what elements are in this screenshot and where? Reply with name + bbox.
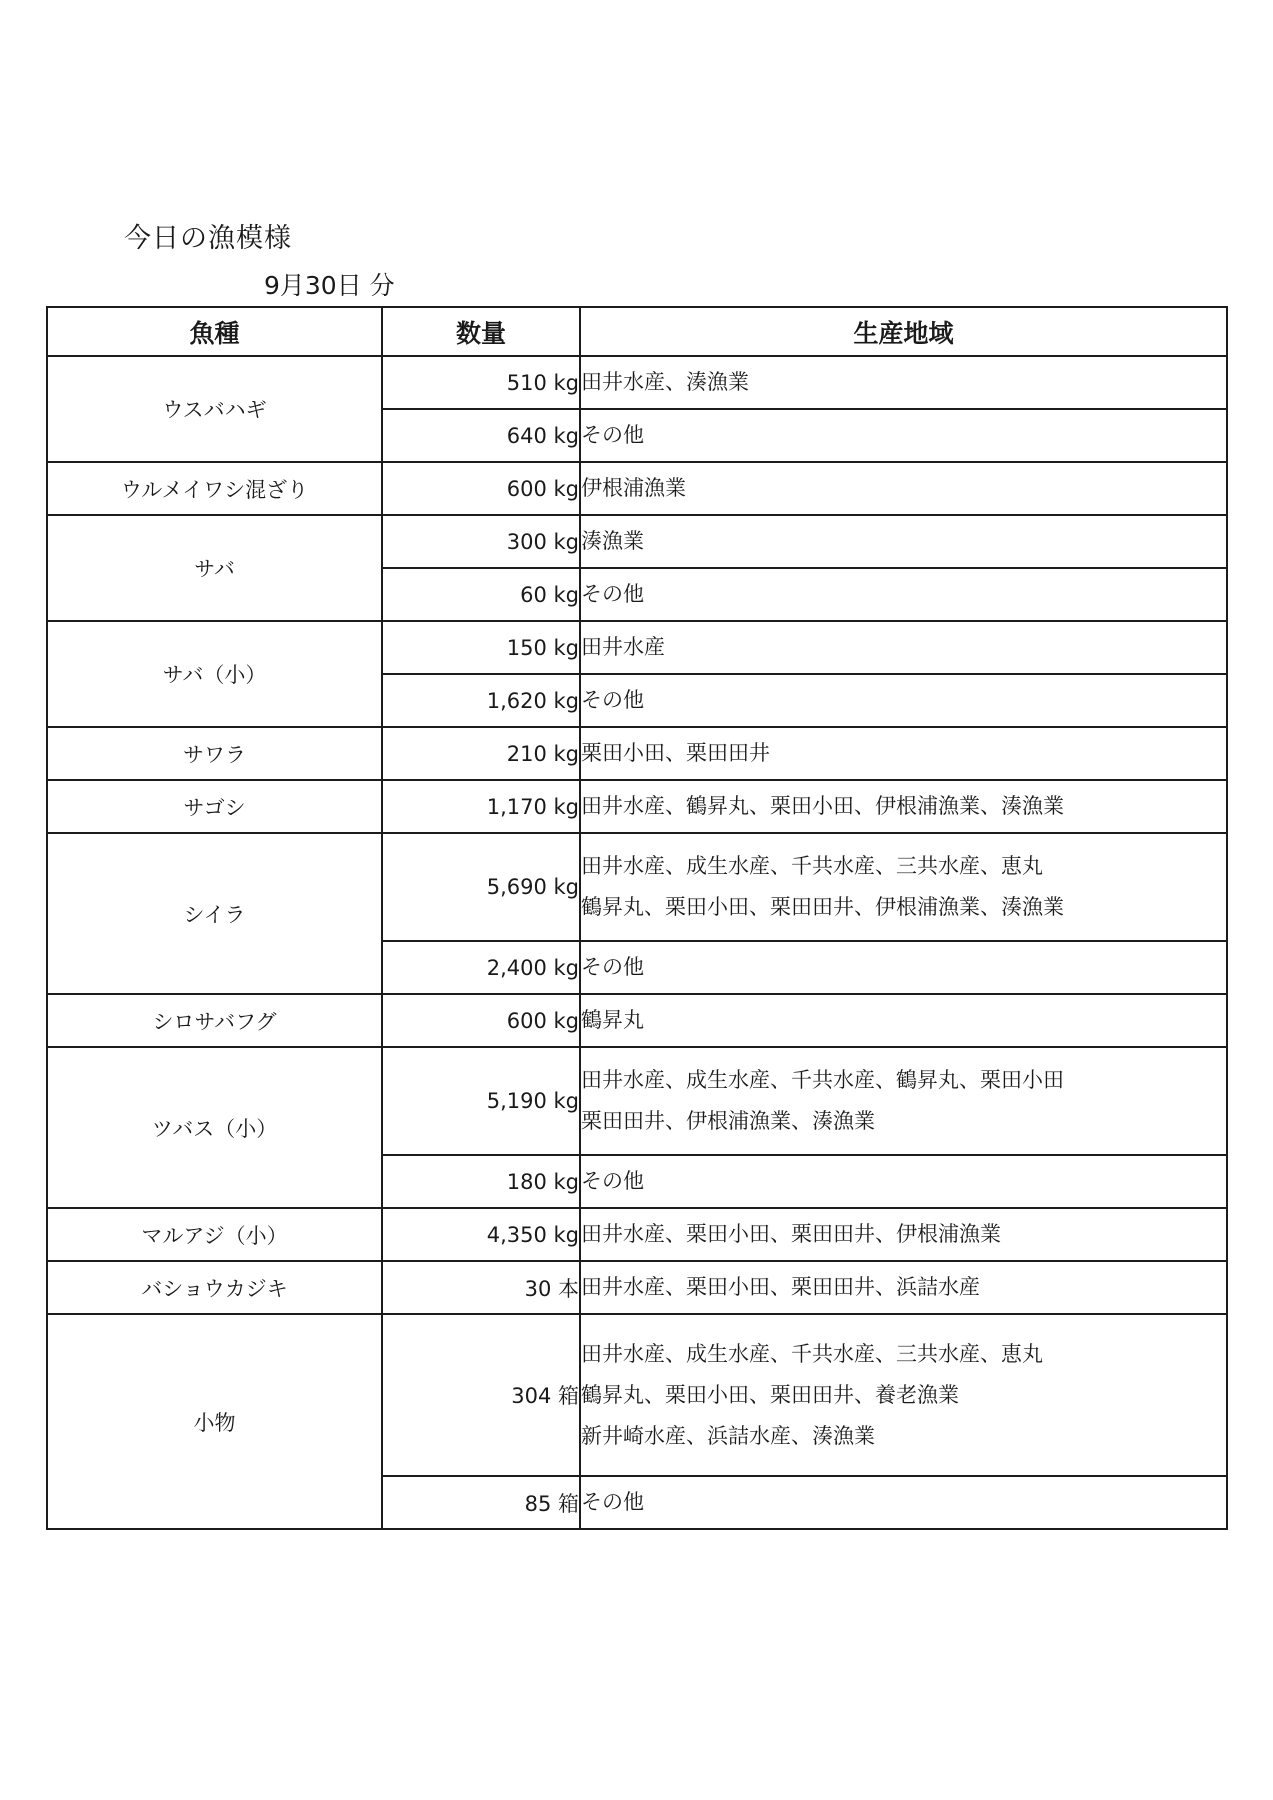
quantity-cell: 1,620 kg <box>382 674 580 727</box>
catch-table: 魚種 数量 生産地域 ウスバハギ510 kg田井水産、湊漁業640 kgその他ウ… <box>46 306 1228 1530</box>
origin-line: 田井水産、鶴昇丸、栗田小田、伊根浦漁業、湊漁業 <box>581 786 1226 827</box>
origin-cell: 田井水産 <box>580 621 1227 674</box>
species-cell: シイラ <box>47 833 382 994</box>
origin-line: 鶴昇丸、栗田小田、栗田田井、伊根浦漁業、湊漁業 <box>581 887 1226 928</box>
origin-line: 田井水産、湊漁業 <box>581 362 1226 403</box>
origin-line: 田井水産、成生水産、千共水産、三共水産、恵丸 <box>581 846 1226 887</box>
table-row: マルアジ（小）4,350 kg田井水産、栗田小田、栗田田井、伊根浦漁業 <box>47 1208 1227 1261</box>
table-row: サゴシ1,170 kg田井水産、鶴昇丸、栗田小田、伊根浦漁業、湊漁業 <box>47 780 1227 833</box>
origin-line: 湊漁業 <box>581 521 1226 562</box>
origin-cell: 田井水産、湊漁業 <box>580 356 1227 409</box>
header-origin: 生産地域 <box>580 307 1227 356</box>
origin-cell: 湊漁業 <box>580 515 1227 568</box>
quantity-cell: 1,170 kg <box>382 780 580 833</box>
quantity-cell: 2,400 kg <box>382 941 580 994</box>
quantity-cell: 5,190 kg <box>382 1047 580 1155</box>
origin-cell: 田井水産、栗田小田、栗田田井、伊根浦漁業 <box>580 1208 1227 1261</box>
origin-line: その他 <box>581 947 1226 988</box>
quantity-cell: 5,690 kg <box>382 833 580 941</box>
table-row: ウスバハギ510 kg田井水産、湊漁業 <box>47 356 1227 409</box>
origin-cell: その他 <box>580 1476 1227 1529</box>
species-cell: ウスバハギ <box>47 356 382 462</box>
table-row: ウルメイワシ混ざり600 kg伊根浦漁業 <box>47 462 1227 515</box>
species-cell: マルアジ（小） <box>47 1208 382 1261</box>
origin-line: その他 <box>581 680 1226 721</box>
table-row: サバ300 kg湊漁業 <box>47 515 1227 568</box>
species-cell: バショウカジキ <box>47 1261 382 1314</box>
origin-cell: 田井水産、成生水産、千共水産、三共水産、恵丸鶴昇丸、栗田小田、栗田田井、伊根浦漁… <box>580 833 1227 941</box>
quantity-cell: 85 箱 <box>382 1476 580 1529</box>
page-title: 今日の漁模様 <box>124 216 292 255</box>
origin-cell: その他 <box>580 941 1227 994</box>
species-cell: サゴシ <box>47 780 382 833</box>
table-row: サバ（小）150 kg田井水産 <box>47 621 1227 674</box>
quantity-cell: 600 kg <box>382 994 580 1047</box>
species-cell: ツバス（小） <box>47 1047 382 1208</box>
origin-line: その他 <box>581 1161 1226 1202</box>
table-row: シロサバフグ600 kg鶴昇丸 <box>47 994 1227 1047</box>
table-row: バショウカジキ30 本田井水産、栗田小田、栗田田井、浜詰水産 <box>47 1261 1227 1314</box>
origin-line: 鶴昇丸、栗田小田、栗田田井、養老漁業 <box>581 1375 1226 1416</box>
quantity-cell: 510 kg <box>382 356 580 409</box>
header-species: 魚種 <box>47 307 382 356</box>
table-header-row: 魚種 数量 生産地域 <box>47 307 1227 356</box>
origin-line: 田井水産、成生水産、千共水産、鶴昇丸、栗田小田 <box>581 1060 1226 1101</box>
origin-line: 田井水産、栗田小田、栗田田井、伊根浦漁業 <box>581 1214 1226 1255</box>
origin-cell: 田井水産、栗田小田、栗田田井、浜詰水産 <box>580 1261 1227 1314</box>
table-row: シイラ5,690 kg田井水産、成生水産、千共水産、三共水産、恵丸鶴昇丸、栗田小… <box>47 833 1227 941</box>
origin-cell: 伊根浦漁業 <box>580 462 1227 515</box>
quantity-cell: 300 kg <box>382 515 580 568</box>
species-cell: サワラ <box>47 727 382 780</box>
species-cell: シロサバフグ <box>47 994 382 1047</box>
species-cell: サバ（小） <box>47 621 382 727</box>
table-row: 小物304 箱田井水産、成生水産、千共水産、三共水産、恵丸鶴昇丸、栗田小田、栗田… <box>47 1314 1227 1476</box>
origin-line: 栗田田井、伊根浦漁業、湊漁業 <box>581 1101 1226 1142</box>
origin-cell: その他 <box>580 568 1227 621</box>
table-row: サワラ210 kg栗田小田、栗田田井 <box>47 727 1227 780</box>
origin-cell: 栗田小田、栗田田井 <box>580 727 1227 780</box>
quantity-cell: 150 kg <box>382 621 580 674</box>
origin-line: 田井水産 <box>581 627 1226 668</box>
origin-cell: 田井水産、鶴昇丸、栗田小田、伊根浦漁業、湊漁業 <box>580 780 1227 833</box>
quantity-cell: 600 kg <box>382 462 580 515</box>
quantity-cell: 640 kg <box>382 409 580 462</box>
origin-line: 田井水産、成生水産、千共水産、三共水産、恵丸 <box>581 1334 1226 1375</box>
origin-cell: 田井水産、成生水産、千共水産、三共水産、恵丸鶴昇丸、栗田小田、栗田田井、養老漁業… <box>580 1314 1227 1476</box>
origin-cell: 鶴昇丸 <box>580 994 1227 1047</box>
quantity-cell: 304 箱 <box>382 1314 580 1476</box>
quantity-cell: 30 本 <box>382 1261 580 1314</box>
species-cell: サバ <box>47 515 382 621</box>
origin-line: 鶴昇丸 <box>581 1000 1226 1041</box>
species-cell: ウルメイワシ混ざり <box>47 462 382 515</box>
table-body: ウスバハギ510 kg田井水産、湊漁業640 kgその他ウルメイワシ混ざり600… <box>47 356 1227 1529</box>
origin-cell: その他 <box>580 1155 1227 1208</box>
quantity-cell: 210 kg <box>382 727 580 780</box>
origin-line: その他 <box>581 415 1226 456</box>
origin-cell: 田井水産、成生水産、千共水産、鶴昇丸、栗田小田栗田田井、伊根浦漁業、湊漁業 <box>580 1047 1227 1155</box>
origin-line: 栗田小田、栗田田井 <box>581 733 1226 774</box>
origin-line: その他 <box>581 1482 1226 1523</box>
table-row: ツバス（小）5,190 kg田井水産、成生水産、千共水産、鶴昇丸、栗田小田栗田田… <box>47 1047 1227 1155</box>
origin-line: 新井崎水産、浜詰水産、湊漁業 <box>581 1416 1226 1457</box>
quantity-cell: 4,350 kg <box>382 1208 580 1261</box>
quantity-cell: 180 kg <box>382 1155 580 1208</box>
origin-line: その他 <box>581 574 1226 615</box>
report-date: 9月30日 分 <box>264 266 395 302</box>
quantity-cell: 60 kg <box>382 568 580 621</box>
origin-line: 伊根浦漁業 <box>581 468 1226 509</box>
species-cell: 小物 <box>47 1314 382 1529</box>
origin-cell: その他 <box>580 409 1227 462</box>
header-quantity: 数量 <box>382 307 580 356</box>
origin-line: 田井水産、栗田小田、栗田田井、浜詰水産 <box>581 1267 1226 1308</box>
origin-cell: その他 <box>580 674 1227 727</box>
